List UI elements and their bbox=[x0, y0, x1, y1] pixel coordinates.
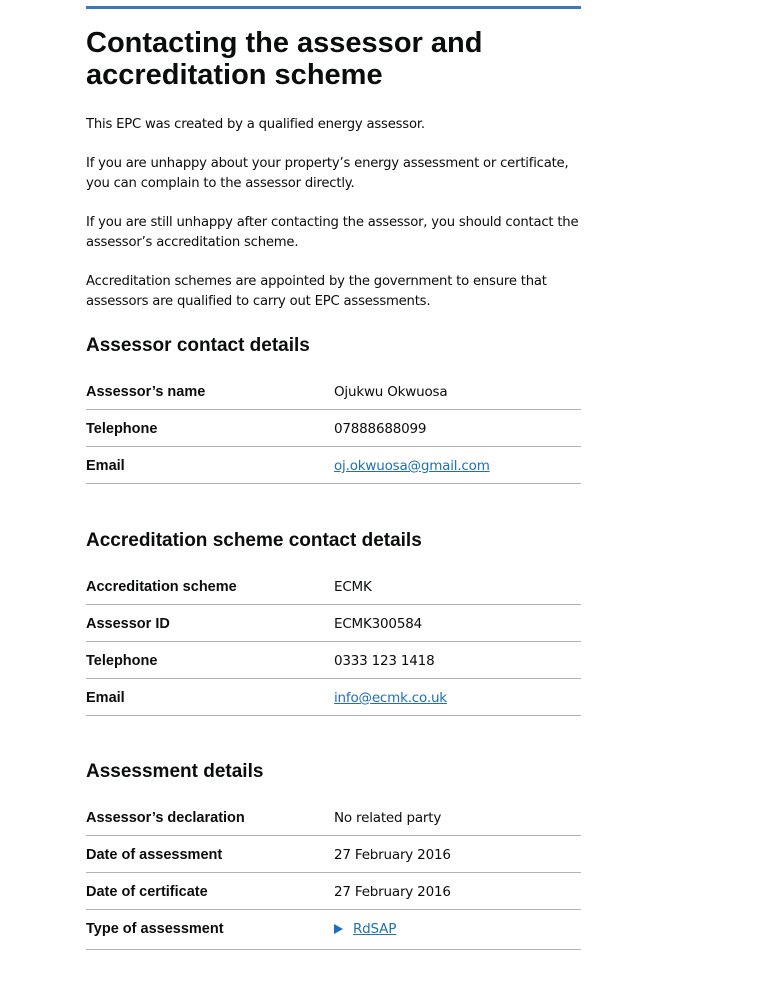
schemes-paragraph: Accreditation schemes are appointed by t… bbox=[86, 272, 581, 311]
row-key: Email bbox=[86, 457, 125, 475]
row-key: Telephone bbox=[86, 420, 157, 438]
section-top-rule bbox=[86, 6, 581, 9]
rdsap-link[interactable]: RdSAP bbox=[353, 921, 396, 937]
intro-paragraph: This EPC was created by a qualified ener… bbox=[86, 115, 581, 135]
assessor-email-link[interactable]: oj.okwuosa@gmail.com bbox=[334, 458, 490, 474]
row-value: 07888688099 bbox=[334, 420, 426, 438]
assessment-type-disclosure[interactable]: RdSAP bbox=[334, 920, 396, 938]
assessor-name-row: Assessor’s name Ojukwu Okwuosa bbox=[86, 373, 581, 410]
assessor-heading: Assessor contact details bbox=[86, 334, 310, 358]
row-value: ECMK bbox=[334, 578, 372, 596]
page-title: Contacting the assessor and accreditatio… bbox=[86, 27, 581, 91]
row-key: Date of certificate bbox=[86, 883, 208, 901]
assessor-email-row: Email oj.okwuosa@gmail.com bbox=[86, 447, 581, 484]
complain-paragraph: If you are unhappy about your property’s… bbox=[86, 154, 581, 193]
date-of-assessment-row: Date of assessment 27 February 2016 bbox=[86, 836, 581, 873]
assessment-details-list: Assessor’s declaration No related party … bbox=[86, 799, 581, 950]
scheme-email-row: Email info@ecmk.co.uk bbox=[86, 679, 581, 716]
row-value: 27 February 2016 bbox=[334, 883, 451, 901]
scheme-telephone-row: Telephone 0333 123 1418 bbox=[86, 642, 581, 679]
row-key: Email bbox=[86, 689, 125, 707]
escalate-paragraph: If you are still unhappy after contactin… bbox=[86, 213, 581, 252]
assessor-id-row: Assessor ID ECMK300584 bbox=[86, 605, 581, 642]
disclosure-triangle-icon[interactable] bbox=[334, 924, 343, 934]
row-key: Assessor’s declaration bbox=[86, 809, 245, 827]
scheme-name-row: Accreditation scheme ECMK bbox=[86, 568, 581, 605]
row-key: Date of assessment bbox=[86, 846, 222, 864]
row-key: Assessor’s name bbox=[86, 383, 205, 401]
date-of-certificate-row: Date of certificate 27 February 2016 bbox=[86, 873, 581, 910]
row-key: Accreditation scheme bbox=[86, 578, 237, 596]
scheme-email-link[interactable]: info@ecmk.co.uk bbox=[334, 690, 447, 706]
row-value: Ojukwu Okwuosa bbox=[334, 383, 447, 401]
row-value: No related party bbox=[334, 809, 441, 827]
scheme-details-list: Accreditation scheme ECMK Assessor ID EC… bbox=[86, 568, 581, 716]
row-value: 27 February 2016 bbox=[334, 846, 451, 864]
row-value: ECMK300584 bbox=[334, 615, 422, 633]
assessor-telephone-row: Telephone 07888688099 bbox=[86, 410, 581, 447]
row-key: Assessor ID bbox=[86, 615, 170, 633]
declaration-row: Assessor’s declaration No related party bbox=[86, 799, 581, 836]
row-key: Type of assessment bbox=[86, 920, 224, 938]
assessor-details-list: Assessor’s name Ojukwu Okwuosa Telephone… bbox=[86, 373, 581, 484]
row-value: 0333 123 1418 bbox=[334, 652, 434, 670]
scheme-heading: Accreditation scheme contact details bbox=[86, 529, 422, 553]
type-of-assessment-row: Type of assessment RdSAP bbox=[86, 910, 581, 950]
assessment-heading: Assessment details bbox=[86, 760, 263, 784]
row-key: Telephone bbox=[86, 652, 157, 670]
